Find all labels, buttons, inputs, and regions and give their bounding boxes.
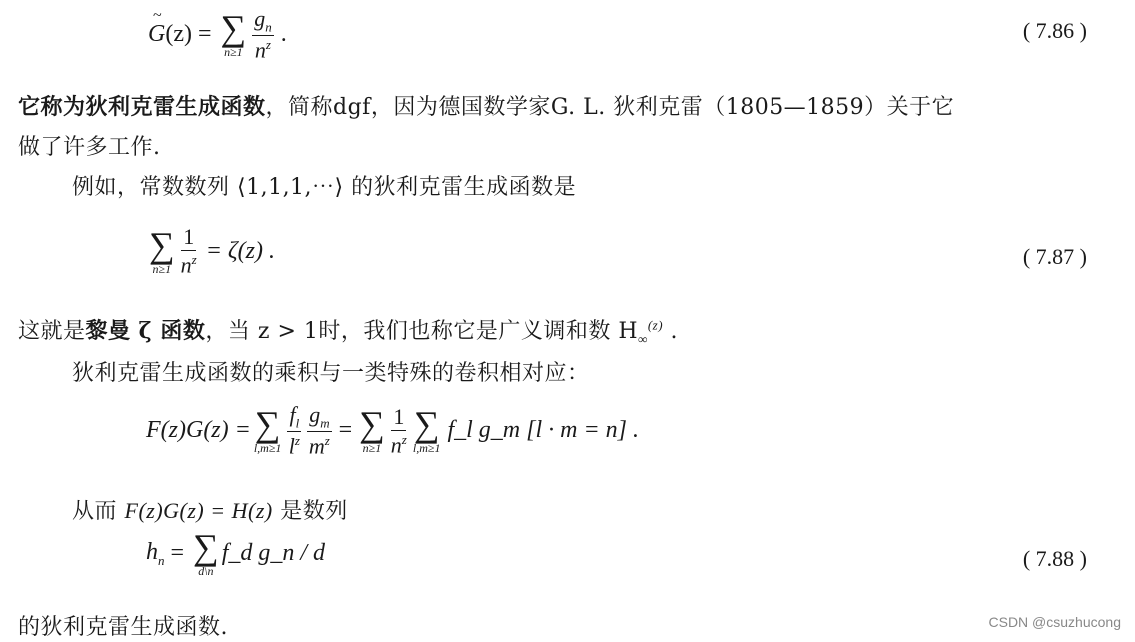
subscript: ∞ (638, 331, 648, 346)
sum-body: f_d g_n / d (222, 540, 325, 567)
paragraph-5: 狄利克雷生成函数的乘积与一类特殊的卷积相对应： (72, 356, 590, 387)
zeta-rhs: = ζ(z) . (206, 238, 275, 265)
sum-limit: l,m≥1 (413, 442, 441, 454)
product-lhs: F(z)G(z) = (146, 417, 251, 444)
superscript: z (295, 433, 300, 448)
fraction: gn nz (252, 8, 274, 62)
denominator: n (181, 252, 192, 277)
equals: = (171, 540, 185, 567)
inline-math: F(z)G(z) = H(z) (125, 498, 273, 523)
iverson-term: f_l g_m [l · m = n] . (447, 417, 639, 444)
superscript: z (325, 433, 330, 448)
summation: ∑d\n (193, 530, 219, 577)
period: . (663, 319, 678, 344)
equation-7-86: G (z) = ∑n≥1 gn nz . (148, 8, 287, 62)
paragraph-7: 的狄利克雷生成函数. (18, 610, 228, 641)
summation: ∑l,m≥1 (254, 407, 282, 454)
period: . (281, 21, 287, 48)
equation-number-7-88: ( 7.88 ) (1023, 546, 1087, 572)
paragraph-2: 做了许多工作. (18, 130, 161, 161)
text: 从而 (72, 499, 125, 524)
g-tilde: G (148, 21, 165, 48)
fraction-n: 1 nz (391, 406, 407, 456)
subscript: n (158, 552, 165, 567)
fraction: 1 nz (181, 226, 197, 276)
summation: ∑n≥1 (149, 228, 175, 275)
paragraph-6: 从而 F(z)G(z) = H(z) 是数列 (72, 494, 348, 525)
denominator: m (309, 434, 325, 459)
equation-7-87: ∑n≥1 1 nz = ζ(z) . (146, 226, 275, 276)
numerator: g (309, 402, 320, 427)
summation: ∑l,m≥1 (413, 407, 441, 454)
sum-limit: n≥1 (153, 263, 172, 275)
text: 是数列 (273, 499, 348, 524)
superscript: z (192, 252, 197, 267)
paragraph-1: 它称为狄利克雷生成函数，简称dgf，因为德国数学家G. L. 狄利克雷（1805… (18, 90, 954, 121)
equals: = (198, 21, 212, 48)
equation-7-88: hn = ∑d\n f_d g_n / d (146, 530, 325, 577)
summation: ∑n≥1 (221, 11, 247, 58)
numerator: 1 (391, 406, 406, 431)
equals: = (339, 417, 353, 444)
paragraph-4: 这就是黎曼 ζ 函数，当 z > 1时，我们也称它是广义调和数 H∞(z) . (18, 314, 678, 347)
text: 这就是 (18, 319, 86, 344)
superscript: z (402, 432, 407, 447)
equation-product: F(z)G(z) = ∑l,m≥1 fl lz gm mz = ∑n≥1 1 n… (146, 404, 639, 458)
summation: ∑n≥1 (359, 407, 385, 454)
term-dirichlet-gf: 它称为狄利克雷生成函数 (18, 94, 266, 120)
sum-limit: n≥1 (224, 46, 243, 58)
h: h (146, 539, 158, 565)
text: ，当 z > 1时，我们也称它是广义调和数 H (205, 319, 638, 344)
equation-number-7-86: ( 7.86 ) (1023, 18, 1087, 44)
subscript: m (320, 415, 329, 430)
numerator: 1 (181, 226, 196, 251)
numerator: g (254, 6, 265, 31)
equation-number-7-87: ( 7.87 ) (1023, 244, 1087, 270)
superscript: z (266, 37, 271, 52)
sum-limit: n≥1 (363, 442, 382, 454)
subscript: n (265, 19, 272, 34)
fraction-g: gm mz (307, 404, 331, 458)
fraction-f: fl lz (287, 404, 301, 458)
watermark: CSDN @csuzhucong (989, 614, 1122, 630)
argument: (z) (165, 21, 192, 48)
term-riemann-zeta: 黎曼 ζ 函数 (86, 318, 206, 344)
denominator: n (255, 38, 266, 63)
sum-limit: l,m≥1 (254, 442, 282, 454)
paragraph-1-text: ，简称dgf，因为德国数学家G. L. 狄利克雷（1805—1859）关于它 (266, 95, 955, 120)
denominator: n (391, 432, 402, 457)
superscript: (z) (648, 318, 663, 333)
paragraph-3: 例如，常数数列 ⟨1,1,1,⋯⟩ 的狄利克雷生成函数是 (72, 170, 576, 201)
sum-limit: d\n (198, 565, 213, 577)
subscript: l (296, 415, 300, 430)
